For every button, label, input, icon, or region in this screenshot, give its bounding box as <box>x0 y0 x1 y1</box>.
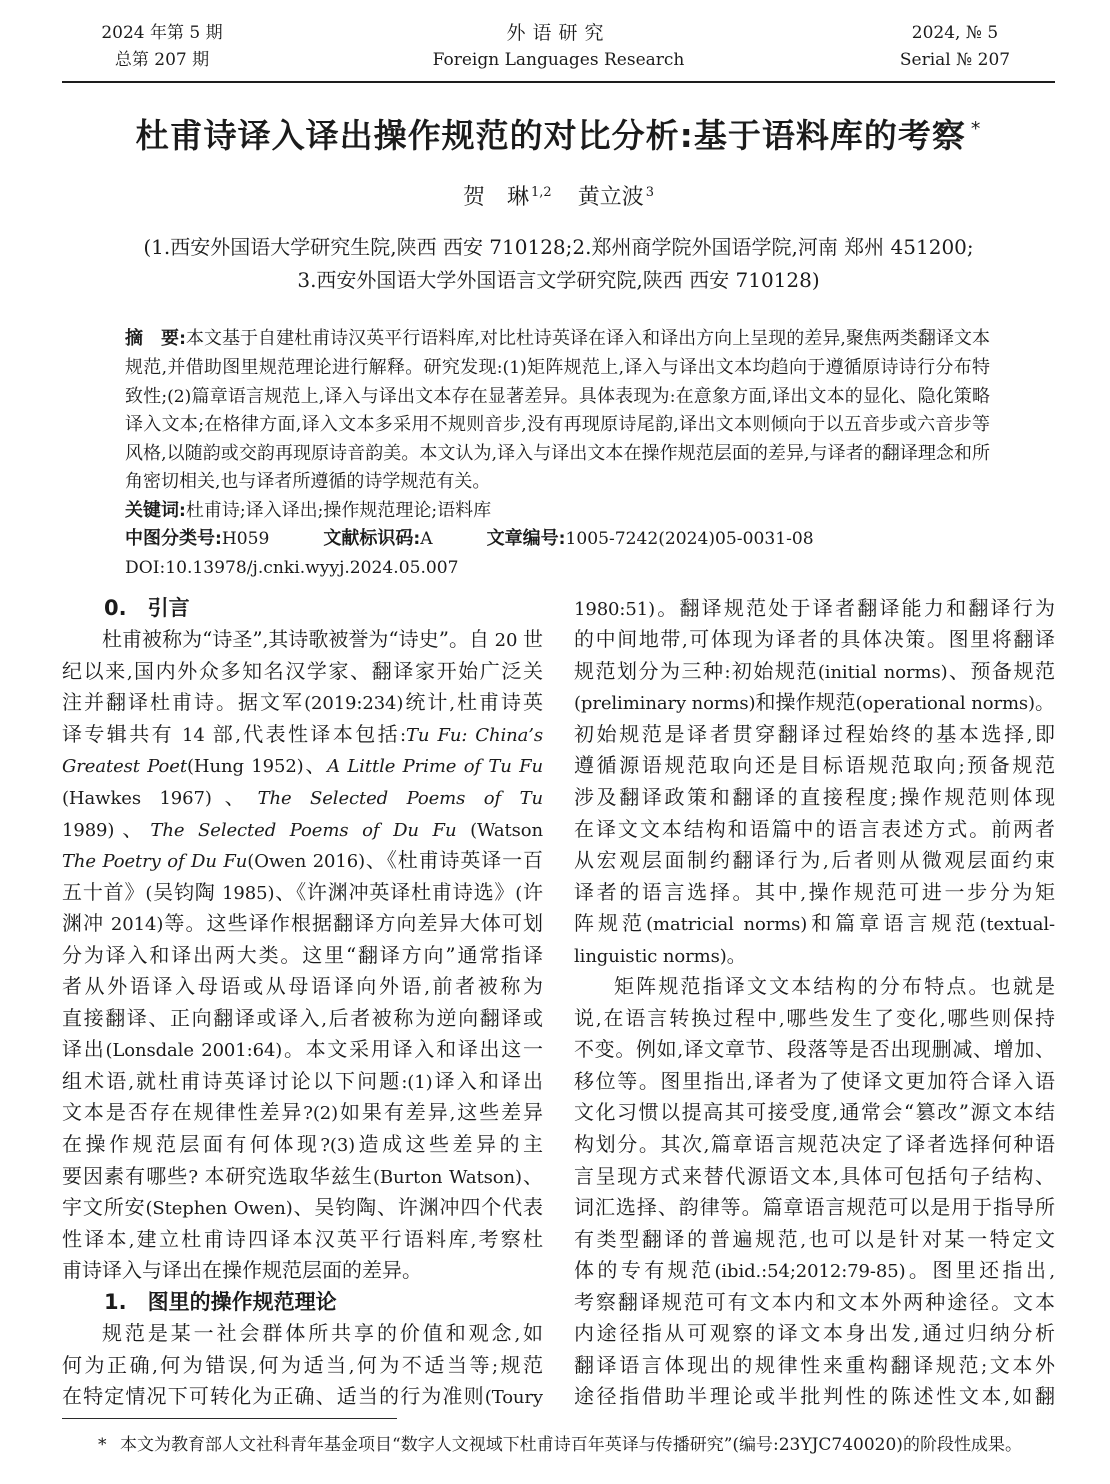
text-line: 文本是否存在规律性差异?(2)如果有差异,这些差异 <box>62 1097 543 1129</box>
text-line: 文化习惯以提高其可接受度,通常会“篡改”源文本结 <box>574 1097 1055 1129</box>
text-line: 遵循源语规范取向还是目标语规范取向;预备规范 <box>574 750 1055 782</box>
text-line: 分为译入和译出两大类。这里“翻译方向”通常指译 <box>62 940 543 972</box>
article-title-text: 杜甫诗译入译出操作规范的对比分析:基于语料库的考察 <box>136 116 966 155</box>
text-line: 言呈现方式来替代源语文本,具体可包括句子结构、 <box>574 1161 1055 1193</box>
text-line: 矩阵规范指译文文本结构的分布特点。也就是 <box>574 971 1055 1003</box>
text-line: Greatest Poet(Hung 1952)、A Little Prime … <box>62 750 543 782</box>
text-line: 有类型翻译的普遍规范,也可以是针对某一特定文 <box>574 1224 1055 1256</box>
text-line: 致性;(2)篇章语言规范上,译入与译出文本存在显著差异。具体表现为:在意象方面,… <box>125 383 990 412</box>
footnote-text: 本文为教育部人文社科青年基金项目“数字人文视域下杜甫诗百年英译与传播研究”(编号… <box>120 1435 1022 1455</box>
left-column: 0. 引言杜甫被称为“诗圣”,其诗歌被誉为“诗史”。自 20 世纪以来,国内外众… <box>62 593 543 1413</box>
author-2: 黄立波3 <box>578 185 654 210</box>
article-title: 杜甫诗译入译出操作规范的对比分析:基于语料库的考察* <box>62 108 1055 157</box>
text-line: 构划分。其次,篇章语言规范决定了译者选择何种语 <box>574 1129 1055 1161</box>
text-line: 移位等。图里指出,译者为了使译文更加符合译入语 <box>574 1066 1055 1098</box>
text-line: 角密切相关,也与译者所遵循的诗学规范有关。 <box>125 468 990 497</box>
section-heading-line: 0. 引言 <box>62 593 543 625</box>
text-line: 在译文文本结构和语篇中的语言表述方式。前两者 <box>574 814 1055 846</box>
text-line: 杜甫被称为“诗圣”,其诗歌被誉为“诗史”。自 20 世 <box>62 624 543 656</box>
text-line: 词汇选择、韵律等。篇章语言规范可以是用于指导所 <box>574 1192 1055 1224</box>
journal-name: 外语研究 Foreign Languages Research <box>433 20 685 74</box>
text-line: 阵规范(matricial norms)和篇章语言规范(textual- <box>574 908 1055 940</box>
header-issue-info: 2024 年第 5 期 总第 207 期 <box>62 20 262 74</box>
text-line: 渊冲 2014)等。这些译作根据翻译方向差异大体可划 <box>62 908 543 940</box>
footnote: *本文为教育部人文社科青年基金项目“数字人文视域下杜甫诗百年英译与传播研究”(编… <box>62 1433 1055 1458</box>
text-line: 规范,并借助图里规范理论进行解释。研究发现:(1)矩阵规范上,译入与译出文本均趋… <box>125 354 990 383</box>
header-divider <box>62 81 1055 83</box>
text-line: 涉及翻译政策和翻译的直接程度;操作规范则体现 <box>574 782 1055 814</box>
text-line: 者从外语译入母语或从母语译向外语,前者被称为 <box>62 971 543 1003</box>
text-line: 规范划分为三种:初始规范(initial norms)、预备规范 <box>574 656 1055 688</box>
text-line: (preliminary norms)和操作规范(operational nor… <box>574 687 1055 719</box>
footnote-area: *本文为教育部人文社科青年基金项目“数字人文视域下杜甫诗百年英译与传播研究”(编… <box>62 1418 1055 1458</box>
text-line: (Hawkes 1967)、The Selected Poems of Tu F… <box>62 782 543 814</box>
text-line: 在特定情况下可转化为正确、适当的行为准则(Toury <box>62 1381 543 1413</box>
serial-number-cn: 总第 207 期 <box>62 47 262 74</box>
text-line: 途径指借助半理论或半批判性的陈述性文本,如翻 <box>574 1381 1055 1413</box>
issue-number: 2024 年第 5 期 <box>62 20 262 47</box>
footnote-divider <box>62 1418 397 1419</box>
text-line: 译专辑共有 14 部,代表性译本包括:Tu Fu: China’s <box>62 719 543 751</box>
author-1-name: 贺 琳 <box>463 185 529 210</box>
affiliation-line-2: 3.西安外国语大学外国语言文学研究院,陕西 西安 710128) <box>62 264 1055 297</box>
text-line: 组术语,就杜甫诗英译讨论以下问题:(1)译入和译出 <box>62 1066 543 1098</box>
text-line: 纪以来,国内外众多知名汉学家、翻译家开始广泛关 <box>62 656 543 688</box>
text-line: 注并翻译杜甫诗。据文军(2019:234)统计,杜甫诗英 <box>62 687 543 719</box>
journal-header: 2024 年第 5 期 总第 207 期 外语研究 Foreign Langua… <box>62 20 1055 74</box>
text-line: 不变。例如,译文章节、段落等是否出现删减、增加、 <box>574 1034 1055 1066</box>
section-heading-line: 1. 图里的操作规范理论 <box>62 1287 543 1319</box>
text-line: DOI:10.13978/j.cnki.wyyj.2024.05.007 <box>125 554 990 583</box>
author-1-affil-marker: 1,2 <box>531 185 552 200</box>
text-line: 内途径指从可观察的译文本身出发,通过归纳分析 <box>574 1318 1055 1350</box>
text-line: 关键词:杜甫诗;译入译出;操作规范理论;语料库 <box>125 497 990 526</box>
authors-line: 贺 琳1,2黄立波3 <box>62 178 1055 212</box>
text-line: 五十首》(吴钧陶 1985)、《许渊冲英译杜甫诗选》(许 <box>62 877 543 909</box>
text-line: 风格,以随韵或交韵再现原诗音韵美。本文认为,译入与译出文本在操作规范层面的差异,… <box>125 440 990 469</box>
footnote-marker: * <box>98 1433 120 1458</box>
journal-page: 2024 年第 5 期 总第 207 期 外语研究 Foreign Langua… <box>0 0 1110 1484</box>
header-issue-info-en: 2024, № 5 Serial № 207 <box>855 20 1055 74</box>
text-line: 在操作规范层面有何体现?(3)造成这些差异的主 <box>62 1129 543 1161</box>
text-line: 何为正确,何为错误,何为适当,何为不适当等;规范 <box>62 1350 543 1382</box>
text-line: 初始规范是译者贯穿翻译过程始终的基本选择,即 <box>574 719 1055 751</box>
text-line: 体的专有规范(ibid.:54;2012:79-85)。图里还指出, <box>574 1255 1055 1287</box>
text-line: 中图分类号:H059 文献标识码:A 文章编号:1005-7242(2024)0… <box>125 525 990 554</box>
text-line: 译入文本;在格律方面,译入文本多采用不规则音步,没有再现原诗尾韵,译出文本则倾向… <box>125 411 990 440</box>
text-line: 1980:51)。翻译规范处于译者翻译能力和翻译行为 <box>574 593 1055 625</box>
text-line: The Poetry of Du Fu(Owen 2016)、《杜甫诗英译一百 <box>62 845 543 877</box>
text-line: 译者的语言选择。其中,操作规范可进一步分为矩 <box>574 877 1055 909</box>
author-2-affil-marker: 3 <box>646 185 654 200</box>
text-line: 翻译语言体现出的规律性来重构翻译规范;文本外 <box>574 1350 1055 1382</box>
text-line: 宇文所安(Stephen Owen)、吴钧陶、许渊冲四个代表 <box>62 1192 543 1224</box>
text-line: 说,在语言转换过程中,哪些发生了变化,哪些则保持 <box>574 1003 1055 1035</box>
text-line: linguistic norms)。 <box>574 940 1055 972</box>
text-line: 的中间地带,可体现为译者的具体决策。图里将翻译 <box>574 624 1055 656</box>
text-line: 直接翻译、正向翻译或译入,后者被称为逆向翻译或 <box>62 1003 543 1035</box>
author-1: 贺 琳1,2 <box>463 185 552 210</box>
text-line: 译出(Lonsdale 2001:64)。本文采用译入和译出这一 <box>62 1034 543 1066</box>
journal-name-en: Foreign Languages Research <box>433 47 685 74</box>
text-line: 1989)、The Selected Poems of Du Fu (Watso… <box>62 814 543 846</box>
author-2-name: 黄立波 <box>578 185 644 210</box>
text-line: 从宏观层面制约翻译行为,后者则从微观层面约束 <box>574 845 1055 877</box>
text-line: 性译本,建立杜甫诗四译本汉英平行语料库,考察杜 <box>62 1224 543 1256</box>
text-line: 摘 要:本文基于自建杜甫诗汉英平行语料库,对比杜诗英译在译入和译出方向上呈现的差… <box>125 325 990 354</box>
title-footnote-marker: * <box>971 118 982 140</box>
text-line: 甫诗译入与译出在操作规范层面的差异。 <box>62 1255 543 1287</box>
serial-number-en: Serial № 207 <box>855 47 1055 74</box>
text-line: 要因素有哪些? 本研究选取华兹生(Burton Watson)、 <box>62 1161 543 1193</box>
affiliations: (1.西安外国语大学研究生院,陕西 西安 710128;2.郑州商学院外国语学院… <box>62 231 1055 297</box>
text-line: 规范是某一社会群体所共享的价值和观念,如 <box>62 1318 543 1350</box>
right-column: 1980:51)。翻译规范处于译者翻译能力和翻译行为的中间地带,可体现为译者的具… <box>574 593 1055 1413</box>
article-body: 0. 引言杜甫被称为“诗圣”,其诗歌被誉为“诗史”。自 20 世纪以来,国内外众… <box>62 593 1055 1413</box>
abstract-block: 摘 要:本文基于自建杜甫诗汉英平行语料库,对比杜诗英译在译入和译出方向上呈现的差… <box>125 325 990 582</box>
journal-name-cn: 外语研究 <box>433 20 685 47</box>
issue-number-en: 2024, № 5 <box>855 20 1055 47</box>
text-line: 考察翻译规范可有文本内和文本外两种途径。文本 <box>574 1287 1055 1319</box>
affiliation-line-1: (1.西安外国语大学研究生院,陕西 西安 710128;2.郑州商学院外国语学院… <box>62 231 1055 264</box>
